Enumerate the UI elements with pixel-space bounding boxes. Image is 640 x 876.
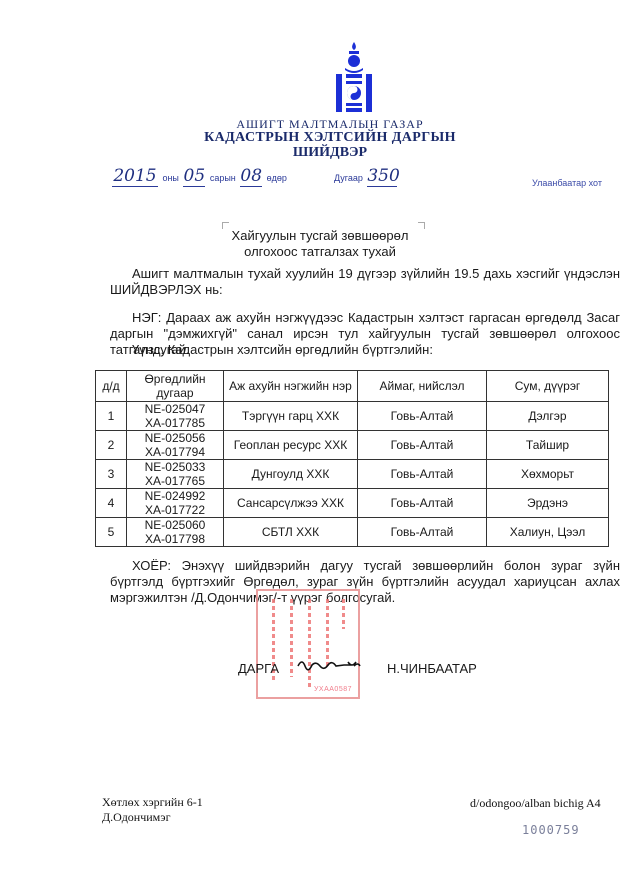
subject-line: Хайгуулын тусгай зөвшөөрөл xyxy=(0,228,640,244)
subject-line: олгохоос татгалзах тухай xyxy=(0,244,640,260)
date-year: 2015 xyxy=(112,166,158,187)
number-value: 350 xyxy=(367,166,397,187)
row-aimag: Говь-Алтай xyxy=(358,431,487,460)
application-ne: NE-025047 xyxy=(127,402,223,416)
row-no: 4 xyxy=(96,489,127,518)
file-path: d/odongoo/alban bichig A4 xyxy=(470,796,601,811)
table-row: 2NE-025056XA-017794Геоплан ресурс ХХКГов… xyxy=(96,431,609,460)
table-row: 5NE-025060XA-017798СБТЛ ХХКГовь-АлтайХал… xyxy=(96,518,609,547)
application-ne: NE-025033 xyxy=(127,460,223,474)
application-xa: XA-017798 xyxy=(127,532,223,546)
header-no: д/д xyxy=(96,371,127,402)
header-application-number: Өргөдлийн дугаар xyxy=(127,371,224,402)
table-row: 4NE-024992XA-017722Сансарсүлжээ ХХКГовь-… xyxy=(96,489,609,518)
document-type: ШИЙДВЭР xyxy=(10,145,640,161)
city: Улаанбаатар хот xyxy=(532,178,602,188)
serial-number: 1000759 xyxy=(522,823,580,837)
date-month-suffix: сарын xyxy=(210,173,236,183)
table-row: 3NE-025033XA-017765Дунгоулд ХХКГовь-Алта… xyxy=(96,460,609,489)
handwritten-signature xyxy=(296,656,362,672)
application-xa: XA-017765 xyxy=(127,474,223,488)
application-xa: XA-017722 xyxy=(127,503,223,517)
row-no: 5 xyxy=(96,518,127,547)
row-company: Тэргүүн гарц ХХК xyxy=(224,402,358,431)
date-day-suffix: өдөр xyxy=(267,173,287,183)
row-application-number: NE-024992XA-017722 xyxy=(127,489,224,518)
header-aimag: Аймаг, нийслэл xyxy=(358,371,487,402)
footer-left: Хөтлөх хэргийн 6-1 Д.Одончимэг xyxy=(102,795,203,825)
row-application-number: NE-025047XA-017785 xyxy=(127,402,224,431)
row-aimag: Говь-Алтай xyxy=(358,460,487,489)
soyombo-emblem-icon xyxy=(334,40,374,116)
row-no: 1 xyxy=(96,402,127,431)
row-company: Сансарсүлжээ ХХК xyxy=(224,489,358,518)
row-no: 3 xyxy=(96,460,127,489)
intro-paragraph: Ашигт малтмалын тухай хуулийн 19 дүгээр … xyxy=(110,266,620,298)
document-number: Дугаар 350 xyxy=(334,166,397,187)
signatory-name: Н.ЧИНБААТАР xyxy=(387,661,477,676)
clause-two: ХОЁР: Энэхүү шийдвэрийн дагуу тусгай зөв… xyxy=(110,558,620,606)
document-title: КАДАСТРЫН ХЭЛТСИЙН ДАРГЫН xyxy=(10,130,640,146)
application-ne: NE-025056 xyxy=(127,431,223,445)
table-header-row: д/д Өргөдлийн дугаар Аж ахуйн нэгжийн нэ… xyxy=(96,371,609,402)
subject: Хайгуулын тусгай зөвшөөрөл олгохоос татг… xyxy=(0,228,640,260)
row-sum: Дэлгэр xyxy=(487,402,609,431)
row-aimag: Говь-Алтай xyxy=(358,518,487,547)
official-stamp: УХАА0587 xyxy=(256,589,360,699)
stamp-number: УХАА0587 xyxy=(314,686,352,693)
number-label: Дугаар xyxy=(334,173,363,183)
date-month: 05 xyxy=(183,166,205,187)
applications-table: д/д Өргөдлийн дугаар Аж ахуйн нэгжийн нэ… xyxy=(95,370,609,547)
prepared-by: Д.Одончимэг xyxy=(102,810,203,825)
date-line: 2015 оны 05 сарын 08 өдөр xyxy=(112,166,287,190)
row-no: 2 xyxy=(96,431,127,460)
row-sum: Халиун, Цээл xyxy=(487,518,609,547)
row-sum: Эрдэнэ xyxy=(487,489,609,518)
application-xa: XA-017785 xyxy=(127,416,223,430)
row-application-number: NE-025033XA-017765 xyxy=(127,460,224,489)
application-xa: XA-017794 xyxy=(127,445,223,459)
row-company: СБТЛ ХХК xyxy=(224,518,358,547)
row-aimag: Говь-Алтай xyxy=(358,489,487,518)
row-company: Геоплан ресурс ХХК xyxy=(224,431,358,460)
row-company: Дунгоулд ХХК xyxy=(224,460,358,489)
row-aimag: Говь-Алтай xyxy=(358,402,487,431)
header-sum: Сум, дүүрэг xyxy=(487,371,609,402)
row-application-number: NE-025056XA-017794 xyxy=(127,431,224,460)
signatory-title: ДАРГА xyxy=(238,661,279,676)
header-company: Аж ахуйн нэгжийн нэр xyxy=(224,371,358,402)
application-ne: NE-025060 xyxy=(127,518,223,532)
row-sum: Хөхморьт xyxy=(487,460,609,489)
date-year-suffix: оны xyxy=(162,173,178,183)
date-day: 08 xyxy=(240,166,262,187)
table-row: 1NE-025047XA-017785Тэргүүн гарц ХХКГовь-… xyxy=(96,402,609,431)
application-ne: NE-024992 xyxy=(127,489,223,503)
row-sum: Тайшир xyxy=(487,431,609,460)
file-reference: Хөтлөх хэргийн 6-1 xyxy=(102,795,203,810)
table-caption: Үүнд. Кадастрын хэлтсийн өргөдлийн бүртг… xyxy=(132,342,433,357)
row-application-number: NE-025060XA-017798 xyxy=(127,518,224,547)
